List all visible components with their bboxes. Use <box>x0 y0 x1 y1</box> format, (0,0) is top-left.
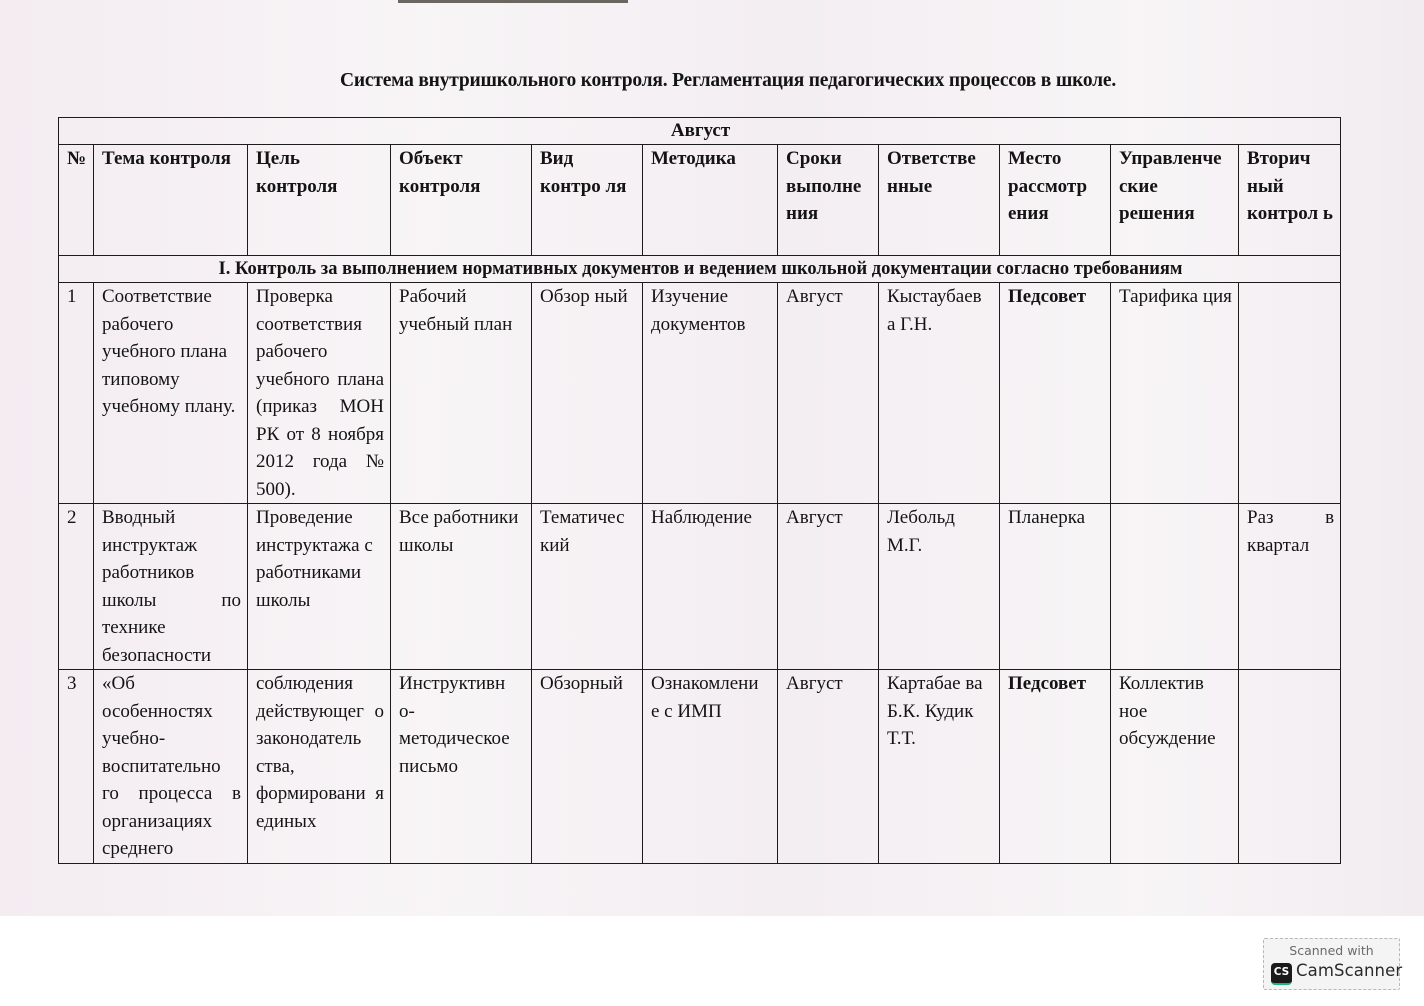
cell-number: 3 <box>59 670 94 864</box>
month-label: Август <box>59 118 1341 145</box>
camscanner-watermark: Scanned with CS CamScanner <box>1263 938 1400 990</box>
cell-deadline: Август <box>778 283 879 504</box>
col-header-number: № <box>59 145 94 256</box>
cell-type: Обзор ный <box>532 283 643 504</box>
col-header-decision: Управленче ские решения <box>1111 145 1239 256</box>
cell-decision <box>1111 504 1239 670</box>
cell-decision: Тарифика ция <box>1111 283 1239 504</box>
cell-object: Рабочий учебный план <box>391 283 532 504</box>
cell-decision: Коллектив ное обсуждение <box>1111 670 1239 864</box>
cell-number: 1 <box>59 283 94 504</box>
header-row: № Тема контроля Цель контроля Объект кон… <box>59 145 1341 256</box>
cell-venue: Планерка <box>1000 504 1111 670</box>
watermark-caption: Scanned with <box>1264 943 1399 958</box>
col-header-deadline: Сроки выполне ния <box>778 145 879 256</box>
document-title: Система внутришкольного контроля. Реглам… <box>0 70 1424 92</box>
cell-secondary: Раз в квартал <box>1239 504 1341 670</box>
col-header-goal: Цель контроля <box>248 145 391 256</box>
section-heading: I. Контроль за выполнением нормативных д… <box>59 256 1341 283</box>
cell-topic: Соответствие рабочего учебного плана тип… <box>94 283 248 504</box>
cell-responsible: Картабае ва Б.К. Кудик Т.Т. <box>879 670 1000 864</box>
control-table: Август № Тема контроля Цель контроля Объ… <box>58 117 1341 864</box>
section-row: I. Контроль за выполнением нормативных д… <box>59 256 1341 283</box>
table-row: 1 Соответствие рабочего учебного плана т… <box>59 283 1341 504</box>
col-header-secondary: Вторич ный контрол ь <box>1239 145 1341 256</box>
cell-venue: Педсовет <box>1000 670 1111 864</box>
cell-deadline: Август <box>778 504 879 670</box>
cell-type: Обзорный <box>532 670 643 864</box>
table-row: 2 Вводный инструктаж работников школы по… <box>59 504 1341 670</box>
col-header-type: Вид контро ля <box>532 145 643 256</box>
cell-responsible: Кыстаубаев а Г.Н. <box>879 283 1000 504</box>
month-row: Август <box>59 118 1341 145</box>
camscanner-logo-icon: CS <box>1271 963 1292 985</box>
col-header-topic: Тема контроля <box>94 145 248 256</box>
cell-goal: соблюдения действующег о законодатель ст… <box>248 670 391 864</box>
cell-venue: Педсовет <box>1000 283 1111 504</box>
col-header-responsible: Ответстве нные <box>879 145 1000 256</box>
cell-method: Ознакомлени е с ИМП <box>643 670 778 864</box>
cell-method: Изучение документов <box>643 283 778 504</box>
cell-responsible: Лебольд М.Г. <box>879 504 1000 670</box>
cell-secondary <box>1239 670 1341 864</box>
col-header-method: Методика <box>643 145 778 256</box>
col-header-object: Объект контроля <box>391 145 532 256</box>
cell-topic: «Об особенностях учебно-воспитательно го… <box>94 670 248 864</box>
table-row: 3 «Об особенностях учебно-воспитательно … <box>59 670 1341 864</box>
cell-object: Все работники школы <box>391 504 532 670</box>
cell-object: Инструктивн о-методическое письмо <box>391 670 532 864</box>
scanned-page: Система внутришкольного контроля. Реглам… <box>0 0 1424 916</box>
col-header-venue: Место рассмотр ения <box>1000 145 1111 256</box>
watermark-brand: CamScanner <box>1296 961 1402 980</box>
cell-deadline: Август <box>778 670 879 864</box>
cell-number: 2 <box>59 504 94 670</box>
cell-type: Тематичес кий <box>532 504 643 670</box>
cell-secondary <box>1239 283 1341 504</box>
scan-edge-artifact <box>398 0 628 3</box>
cell-topic: Вводный инструктаж работников школы по т… <box>94 504 248 670</box>
cell-method: Наблюдение <box>643 504 778 670</box>
cell-goal: Проверка соответствия рабочего учебного … <box>248 283 391 504</box>
cell-goal: Проведение инструктажа с работниками шко… <box>248 504 391 670</box>
